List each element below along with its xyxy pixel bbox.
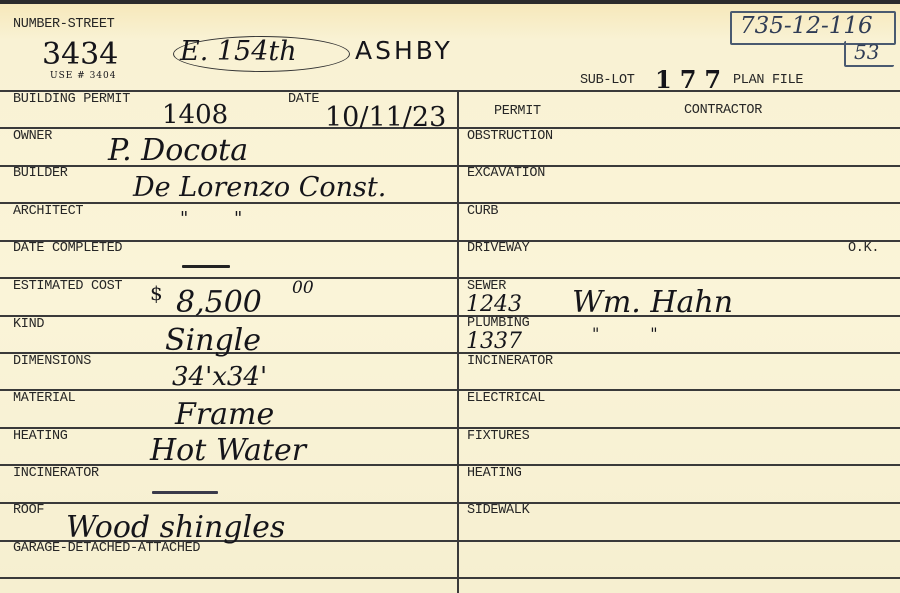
material-value: Frame: [175, 400, 274, 430]
file-sub-stamp: 53: [844, 41, 894, 67]
permit-curb: CURB: [467, 205, 498, 219]
permit-column-header: PERMIT: [494, 105, 541, 119]
rule: [0, 127, 900, 129]
owner-value: P. Docota: [108, 136, 248, 166]
column-divider: [457, 90, 459, 593]
kind-label: KIND: [13, 318, 44, 332]
permit-fixtures: FIXTURES: [467, 430, 529, 444]
building-permit-label: BUILDING PERMIT: [13, 93, 130, 107]
street-original: E. 154th: [180, 38, 297, 65]
kind-value: Single: [165, 326, 261, 356]
rule: [0, 90, 900, 92]
dimensions-label: DIMENSIONS: [13, 355, 91, 369]
rule: [0, 352, 900, 354]
permit-sidewalk: SIDEWALK: [467, 504, 529, 518]
file-sub-stamp-text: 53: [854, 42, 879, 62]
building-permit-card: NUMBER-STREET 3434 USE # 3404 E. 154th A…: [0, 0, 900, 593]
permit-excavation: EXCAVATION: [467, 167, 545, 181]
incinerator-dash: [152, 491, 218, 494]
incinerator-label: INCINERATOR: [13, 467, 99, 481]
architect-label: ARCHITECT: [13, 205, 83, 219]
plan-file-label: PLAN FILE: [733, 74, 803, 88]
driveway-note: O.K.: [848, 242, 879, 256]
heating-value: Hot Water: [150, 436, 306, 466]
building-permit-value: 1408: [162, 102, 228, 128]
cost-cents: 00: [292, 280, 314, 297]
sub-lot-value: 177: [655, 68, 729, 92]
rule: [0, 577, 900, 579]
rule: [0, 502, 900, 504]
owner-label: OWNER: [13, 130, 52, 144]
file-stamp-text: 735-12-116: [740, 15, 873, 38]
permit-obstruction: OBSTRUCTION: [467, 130, 553, 144]
estimated-cost-label: ESTIMATED COST: [13, 280, 122, 294]
permit-incinerator: INCINERATOR: [467, 355, 553, 369]
rule: [0, 427, 900, 429]
date-label: DATE: [288, 93, 319, 107]
street-name: ASHBY: [355, 38, 453, 63]
sub-lot-label: SUB-LOT: [580, 74, 635, 88]
permit-heating: HEATING: [467, 467, 522, 481]
cost-amount: 8,500: [176, 288, 262, 318]
builder-value: De Lorenzo Const.: [133, 174, 386, 201]
roof-label: ROOF: [13, 504, 44, 518]
rule: [0, 464, 900, 466]
plumbing-contractor: " ": [592, 326, 658, 342]
use-note: USE # 3404: [50, 72, 117, 81]
permit-electrical: ELECTRICAL: [467, 392, 545, 406]
permit-driveway: DRIVEWAY: [467, 242, 529, 256]
cost-dollar-sign: $: [150, 283, 163, 303]
roof-value: Wood shingles: [66, 513, 285, 543]
contractor-column-header: CONTRACTOR: [684, 104, 762, 118]
date-value: 10/11/23: [325, 104, 446, 131]
architect-value: " ": [180, 210, 242, 228]
date-completed-dash: [182, 265, 230, 268]
sewer-number: 1243: [466, 294, 522, 316]
material-label: MATERIAL: [13, 392, 75, 406]
dimensions-value: 34'x34': [172, 364, 267, 390]
builder-label: BUILDER: [13, 167, 68, 181]
sewer-contractor: Wm. Hahn: [572, 288, 733, 318]
rule: [0, 240, 900, 242]
number-street-label: NUMBER-STREET: [13, 18, 114, 32]
rule: [0, 277, 900, 279]
rule: [0, 389, 900, 391]
date-completed-label: DATE COMPLETED: [13, 242, 122, 256]
house-number: 3434: [42, 40, 118, 70]
rule: [0, 315, 900, 317]
heating-label: HEATING: [13, 430, 68, 444]
plumbing-number: 1337: [466, 331, 522, 353]
